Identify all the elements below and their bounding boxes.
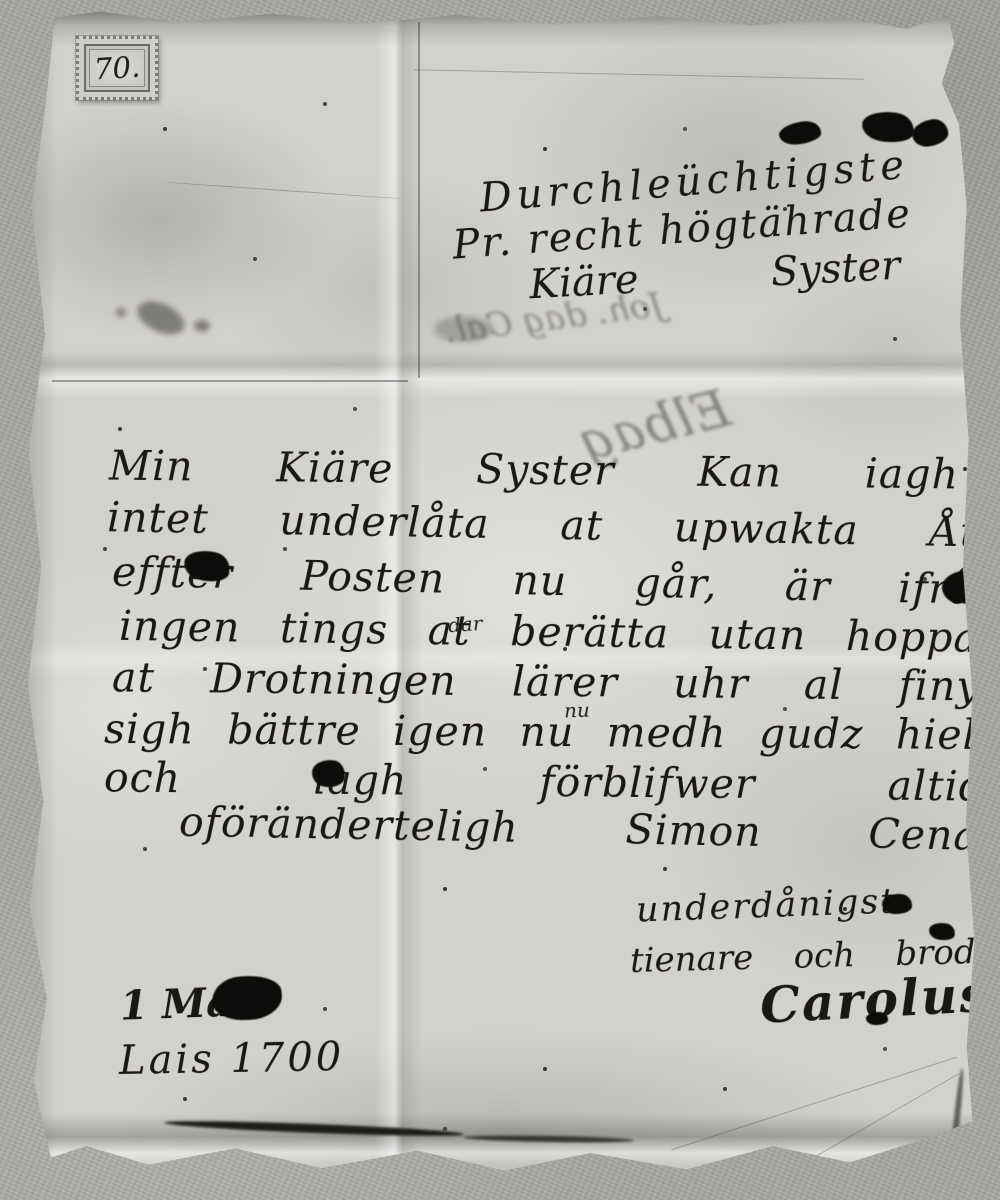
body-line-5: at Drotningen lärer uhr al finya [112, 653, 1000, 710]
ink-blot [861, 109, 916, 144]
vertical-fold-crease [418, 22, 420, 378]
hairline-crease [414, 69, 864, 79]
dateline-place-year: Lais 1700 [119, 1034, 345, 1084]
ink-blot [778, 119, 823, 147]
hairline-crease [164, 182, 403, 200]
ink-blot [882, 894, 912, 914]
smudge [116, 308, 126, 317]
ink-blot [976, 934, 996, 947]
ink-blot [311, 759, 346, 788]
letter-paper: 70. Durchleüchtigste Pr. recht högtährad… [24, 8, 984, 1174]
body-line-2: intet underlåta at upwakta Åta [107, 493, 1000, 557]
archival-stamp: 70. [76, 36, 158, 100]
smudge [132, 295, 189, 342]
closing-line-1: underdånigst [635, 881, 897, 930]
body-line-6: sigh bättre igen nu medh gudz hielp [104, 705, 1000, 759]
body-line-1: Min Kiäre Syster Kan iagh [109, 442, 959, 499]
smudge [194, 320, 210, 332]
interlinear-word: dar [447, 611, 483, 637]
smudge [434, 316, 494, 342]
torn-edge-shadow [464, 1135, 634, 1144]
hairline-crease [671, 1057, 957, 1151]
paper-specks [24, 8, 26, 10]
stamp-frame: 70. [84, 44, 150, 92]
photo-background: 70. Durchleüchtigste Pr. recht högtährad… [0, 0, 1000, 1200]
torn-edge-shadow [164, 1118, 464, 1139]
hairline-crease [768, 1073, 959, 1184]
horizontal-fold-crease [52, 380, 408, 382]
interlinear-word: nu [564, 698, 591, 723]
stamp-number: 70. [93, 49, 141, 86]
torn-edge-shadow [949, 1068, 965, 1168]
ink-blot [866, 1012, 888, 1025]
